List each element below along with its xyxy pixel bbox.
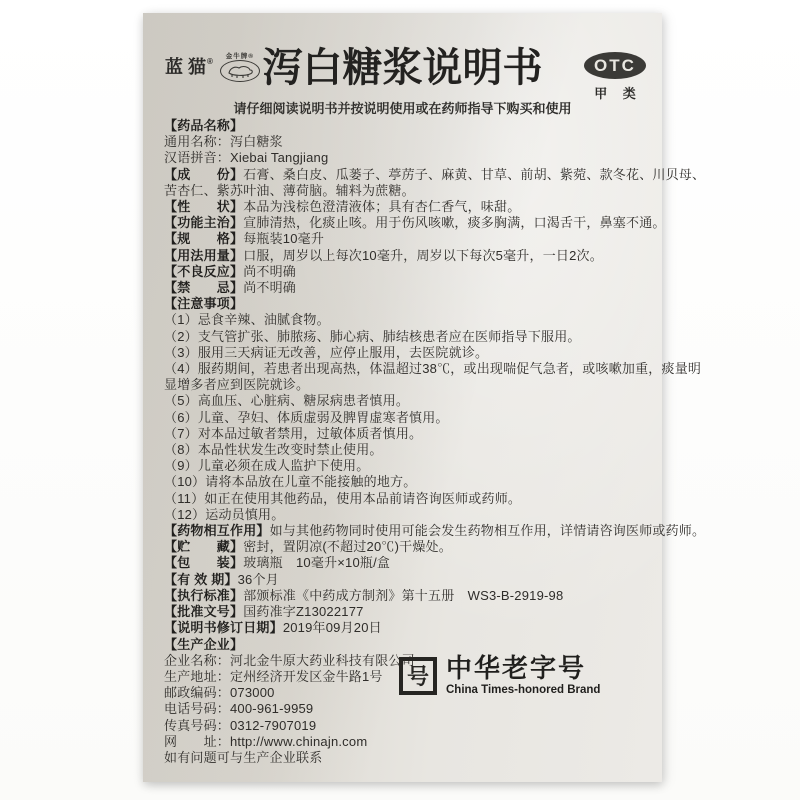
section-text: 如有问题可与生产企业联系 xyxy=(164,750,322,765)
section-text: （3）服用三天病证无改善，应停止服用，去医院就诊。 xyxy=(164,345,488,360)
section-text: 尚不明确 xyxy=(243,280,296,295)
section-text: 国药准字Z13022177 xyxy=(243,604,363,619)
section-text: 口服，周岁以上每次10毫升，周岁以下每次5毫升，一日2次。 xyxy=(243,248,603,263)
leaflet-line: 【有 效 期】36个月 xyxy=(164,572,654,588)
section-label: 【功能主治】 xyxy=(164,215,243,230)
section-text: 2019年09月20日 xyxy=(283,620,382,635)
registered-mark-icon: ® xyxy=(207,57,213,66)
section-label: 【注意事项】 xyxy=(164,296,243,311)
section-text: 密封，置阴凉(不超过20℃)干燥处。 xyxy=(243,539,452,554)
page-title: 泻白糖浆说明书 xyxy=(238,46,567,90)
leaflet-line: 【贮 藏】密封，置阴凉(不超过20℃)干燥处。 xyxy=(164,539,654,555)
bull-icon xyxy=(220,60,260,82)
section-text: 玻璃瓶 10毫升×10瓶/盒 xyxy=(243,555,390,570)
section-text: 电话号码：400-961-9959 xyxy=(164,701,313,716)
leaflet-line: 【执行标准】部颁标准《中药成方制剂》第十五册 WS3-B-2919-98 xyxy=(164,588,654,604)
golden-bull-logo: 金牛牌® xyxy=(220,51,260,82)
leaflet-line: 如有问题可与生产企业联系 xyxy=(164,750,654,766)
section-label: 【规 格】 xyxy=(164,231,243,246)
section-label: 【性 状】 xyxy=(164,199,243,214)
otc-class-label: 甲 类 xyxy=(584,83,652,102)
section-text: 显增多者应到医院就诊。 xyxy=(164,377,309,392)
section-label: 【药物相互作用】 xyxy=(164,523,270,538)
section-text: （11）如正在使用其他药品，使用本品前请咨询医师或药师。 xyxy=(164,491,521,506)
leaflet-line: （11）如正在使用其他药品，使用本品前请咨询医师或药师。 xyxy=(164,491,654,507)
section-text: 尚不明确 xyxy=(243,264,296,279)
section-text: （10）请将本品放在儿童不能接触的地方。 xyxy=(164,474,416,489)
section-text: （12）运动员慎用。 xyxy=(164,507,284,522)
section-text: （5）高血压、心脏病、糖尿病患者慎用。 xyxy=(164,393,409,408)
leaflet-line: （8）本品性状发生改变时禁止使用。 xyxy=(164,442,654,458)
section-label: 【禁 忌】 xyxy=(164,280,243,295)
brand-logo: 蓝猫® 金牛牌® xyxy=(165,57,260,82)
leaflet-line: 电话号码：400-961-9959 xyxy=(164,701,654,717)
section-text: 36个月 xyxy=(238,572,279,587)
leaflet-line: 【药品名称】 xyxy=(164,118,654,134)
section-text: 部颁标准《中药成方制剂》第十五册 WS3-B-2919-98 xyxy=(243,588,563,603)
leaflet-line: 【用法用量】口服，周岁以上每次10毫升，周岁以下每次5毫升，一日2次。 xyxy=(164,248,654,264)
section-text: 企业名称：河北金牛原大药业科技有限公司 xyxy=(164,653,415,668)
leaflet-line: 【包 装】玻璃瓶 10毫升×10瓶/盒 xyxy=(164,555,654,571)
section-text: （1）忌食辛辣、油腻食物。 xyxy=(164,312,330,327)
leaflet-line: 网 址：http://www.chinajn.com xyxy=(164,734,654,750)
section-label: 【成 份】 xyxy=(164,167,243,182)
section-text: 邮政编码：073000 xyxy=(164,685,275,700)
brand-name: 蓝猫® xyxy=(165,57,213,78)
section-text: （4）服药期间，若患者出现高热，体温超过38℃，或出现喘促气急者，或咳嗽加重，痰… xyxy=(164,361,701,376)
leaflet-line: （2）支气管扩张、肺脓疡、肺心病、肺结核患者应在医师指导下服用。 xyxy=(164,329,654,345)
section-text: 宣肺清热，化痰止咳。用于伤风咳嗽，痰多胸满，口渴舌干，鼻塞不通。 xyxy=(243,215,665,230)
leaflet-line: 苦杏仁、紫苏叶油、薄荷脑。辅料为蔗糖。 xyxy=(164,183,654,199)
leaflet-line: 【生产企业】 xyxy=(164,637,654,653)
leaflet-line: 通用名称：泻白糖浆 xyxy=(164,134,654,150)
section-label: 【有 效 期】 xyxy=(164,572,238,587)
leaflet-line: 汉语拼音：Xiebai Tangjiang xyxy=(164,150,654,166)
otc-badge: OTC 甲 类 xyxy=(584,52,646,102)
bull-brand-label: 金牛牌® xyxy=(226,51,254,60)
section-label: 【用法用量】 xyxy=(164,248,243,263)
leaflet-line: 【说明书修订日期】2019年09月20日 xyxy=(164,620,654,636)
section-text: 汉语拼音：Xiebai Tangjiang xyxy=(164,150,328,165)
leaflet-line: 【药物相互作用】如与其他药物同时使用可能会发生药物相互作用，详情请咨询医师或药师… xyxy=(164,523,654,539)
leaflet-line: 【成 份】石膏、桑白皮、瓜蒌子、葶苈子、麻黄、甘草、前胡、紫菀、款冬花、川贝母、 xyxy=(164,167,654,183)
honored-text: 中华老字号 China Times-honored Brand xyxy=(446,655,600,696)
section-text: （8）本品性状发生改变时禁止使用。 xyxy=(164,442,383,457)
section-label: 【说明书修订日期】 xyxy=(164,620,283,635)
section-text: 如与其他药物同时使用可能会发生药物相互作用，详情请咨询医师或药师。 xyxy=(270,523,706,538)
leaflet-line: （10）请将本品放在儿童不能接触的地方。 xyxy=(164,474,654,490)
section-label: 【执行标准】 xyxy=(164,588,243,603)
honored-seal-icon: 号 xyxy=(399,657,437,695)
leaflet-line: 【不良反应】尚不明确 xyxy=(164,264,654,280)
section-text: 苦杏仁、紫苏叶油、薄荷脑。辅料为蔗糖。 xyxy=(164,183,415,198)
leaflet-paper: 蓝猫® 金牛牌® 泻白糖浆说明书 OTC 甲 类 请仔细阅读说明书并按说明使用或… xyxy=(143,13,662,782)
leaflet-line: 【规 格】每瓶装10毫升 xyxy=(164,231,654,247)
leaflet-line: 显增多者应到医院就诊。 xyxy=(164,377,654,393)
leaflet-line: 【注意事项】 xyxy=(164,296,654,312)
leaflet-line: 【批准文号】国药准字Z13022177 xyxy=(164,604,654,620)
section-text: （2）支气管扩张、肺脓疡、肺心病、肺结核患者应在医师指导下服用。 xyxy=(164,329,581,344)
section-text: 本品为浅棕色澄清液体；具有杏仁香气，味甜。 xyxy=(243,199,520,214)
leaflet-line: （1）忌食辛辣、油腻食物。 xyxy=(164,312,654,328)
section-text: 生产地址：定州经济开发区金牛路1号 xyxy=(164,669,383,684)
section-text: 通用名称：泻白糖浆 xyxy=(164,134,283,149)
section-text: （6）儿童、孕妇、体质虚弱及脾胃虚寒者慎用。 xyxy=(164,410,449,425)
section-text: 石膏、桑白皮、瓜蒌子、葶苈子、麻黄、甘草、前胡、紫菀、款冬花、川贝母、 xyxy=(243,167,705,182)
honored-brand-cn: 中华老字号 xyxy=(446,655,600,683)
leaflet-line: （6）儿童、孕妇、体质虚弱及脾胃虚寒者慎用。 xyxy=(164,410,654,426)
leaflet-line: 【功能主治】宣肺清热，化痰止咳。用于伤风咳嗽，痰多胸满，口渴舌干，鼻塞不通。 xyxy=(164,215,654,231)
leaflet-line: （9）儿童必须在成人监护下使用。 xyxy=(164,458,654,474)
section-label: 【包 装】 xyxy=(164,555,243,570)
section-text: （9）儿童必须在成人监护下使用。 xyxy=(164,458,369,473)
leaflet-line: （5）高血压、心脏病、糖尿病患者慎用。 xyxy=(164,393,654,409)
section-label: 【药品名称】 xyxy=(164,118,243,133)
leaflet-line: （7）对本品过敏者禁用，过敏体质者慎用。 xyxy=(164,426,654,442)
leaflet-line: （4）服药期间，若患者出现高热，体温超过38℃，或出现喘促气急者，或咳嗽加重，痰… xyxy=(164,361,654,377)
section-label: 【不良反应】 xyxy=(164,264,243,279)
section-label: 【生产企业】 xyxy=(164,637,243,652)
leaflet-line: 【性 状】本品为浅棕色澄清液体；具有杏仁香气，味甜。 xyxy=(164,199,654,215)
otc-oval-icon: OTC xyxy=(584,52,646,79)
leaflet-line: 传真号码：0312-7907019 xyxy=(164,718,654,734)
leaflet-line: （12）运动员慎用。 xyxy=(164,507,654,523)
china-times-honored-brand-logo: 号 中华老字号 China Times-honored Brand xyxy=(399,655,600,696)
leaflet-line: （3）服用三天病证无改善，应停止服用，去医院就诊。 xyxy=(164,345,654,361)
section-text: （7）对本品过敏者禁用，过敏体质者慎用。 xyxy=(164,426,422,441)
section-text: 网 址：http://www.chinajn.com xyxy=(164,734,367,749)
section-text: 传真号码：0312-7907019 xyxy=(164,718,316,733)
section-label: 【贮 藏】 xyxy=(164,539,243,554)
honored-brand-en: China Times-honored Brand xyxy=(446,684,600,696)
section-text: 每瓶装10毫升 xyxy=(243,231,324,246)
leaflet-subtitle: 请仔细阅读说明书并按说明使用或在药师指导下购买和使用 xyxy=(173,98,632,117)
leaflet-line: 【禁 忌】尚不明确 xyxy=(164,280,654,296)
section-label: 【批准文号】 xyxy=(164,604,243,619)
